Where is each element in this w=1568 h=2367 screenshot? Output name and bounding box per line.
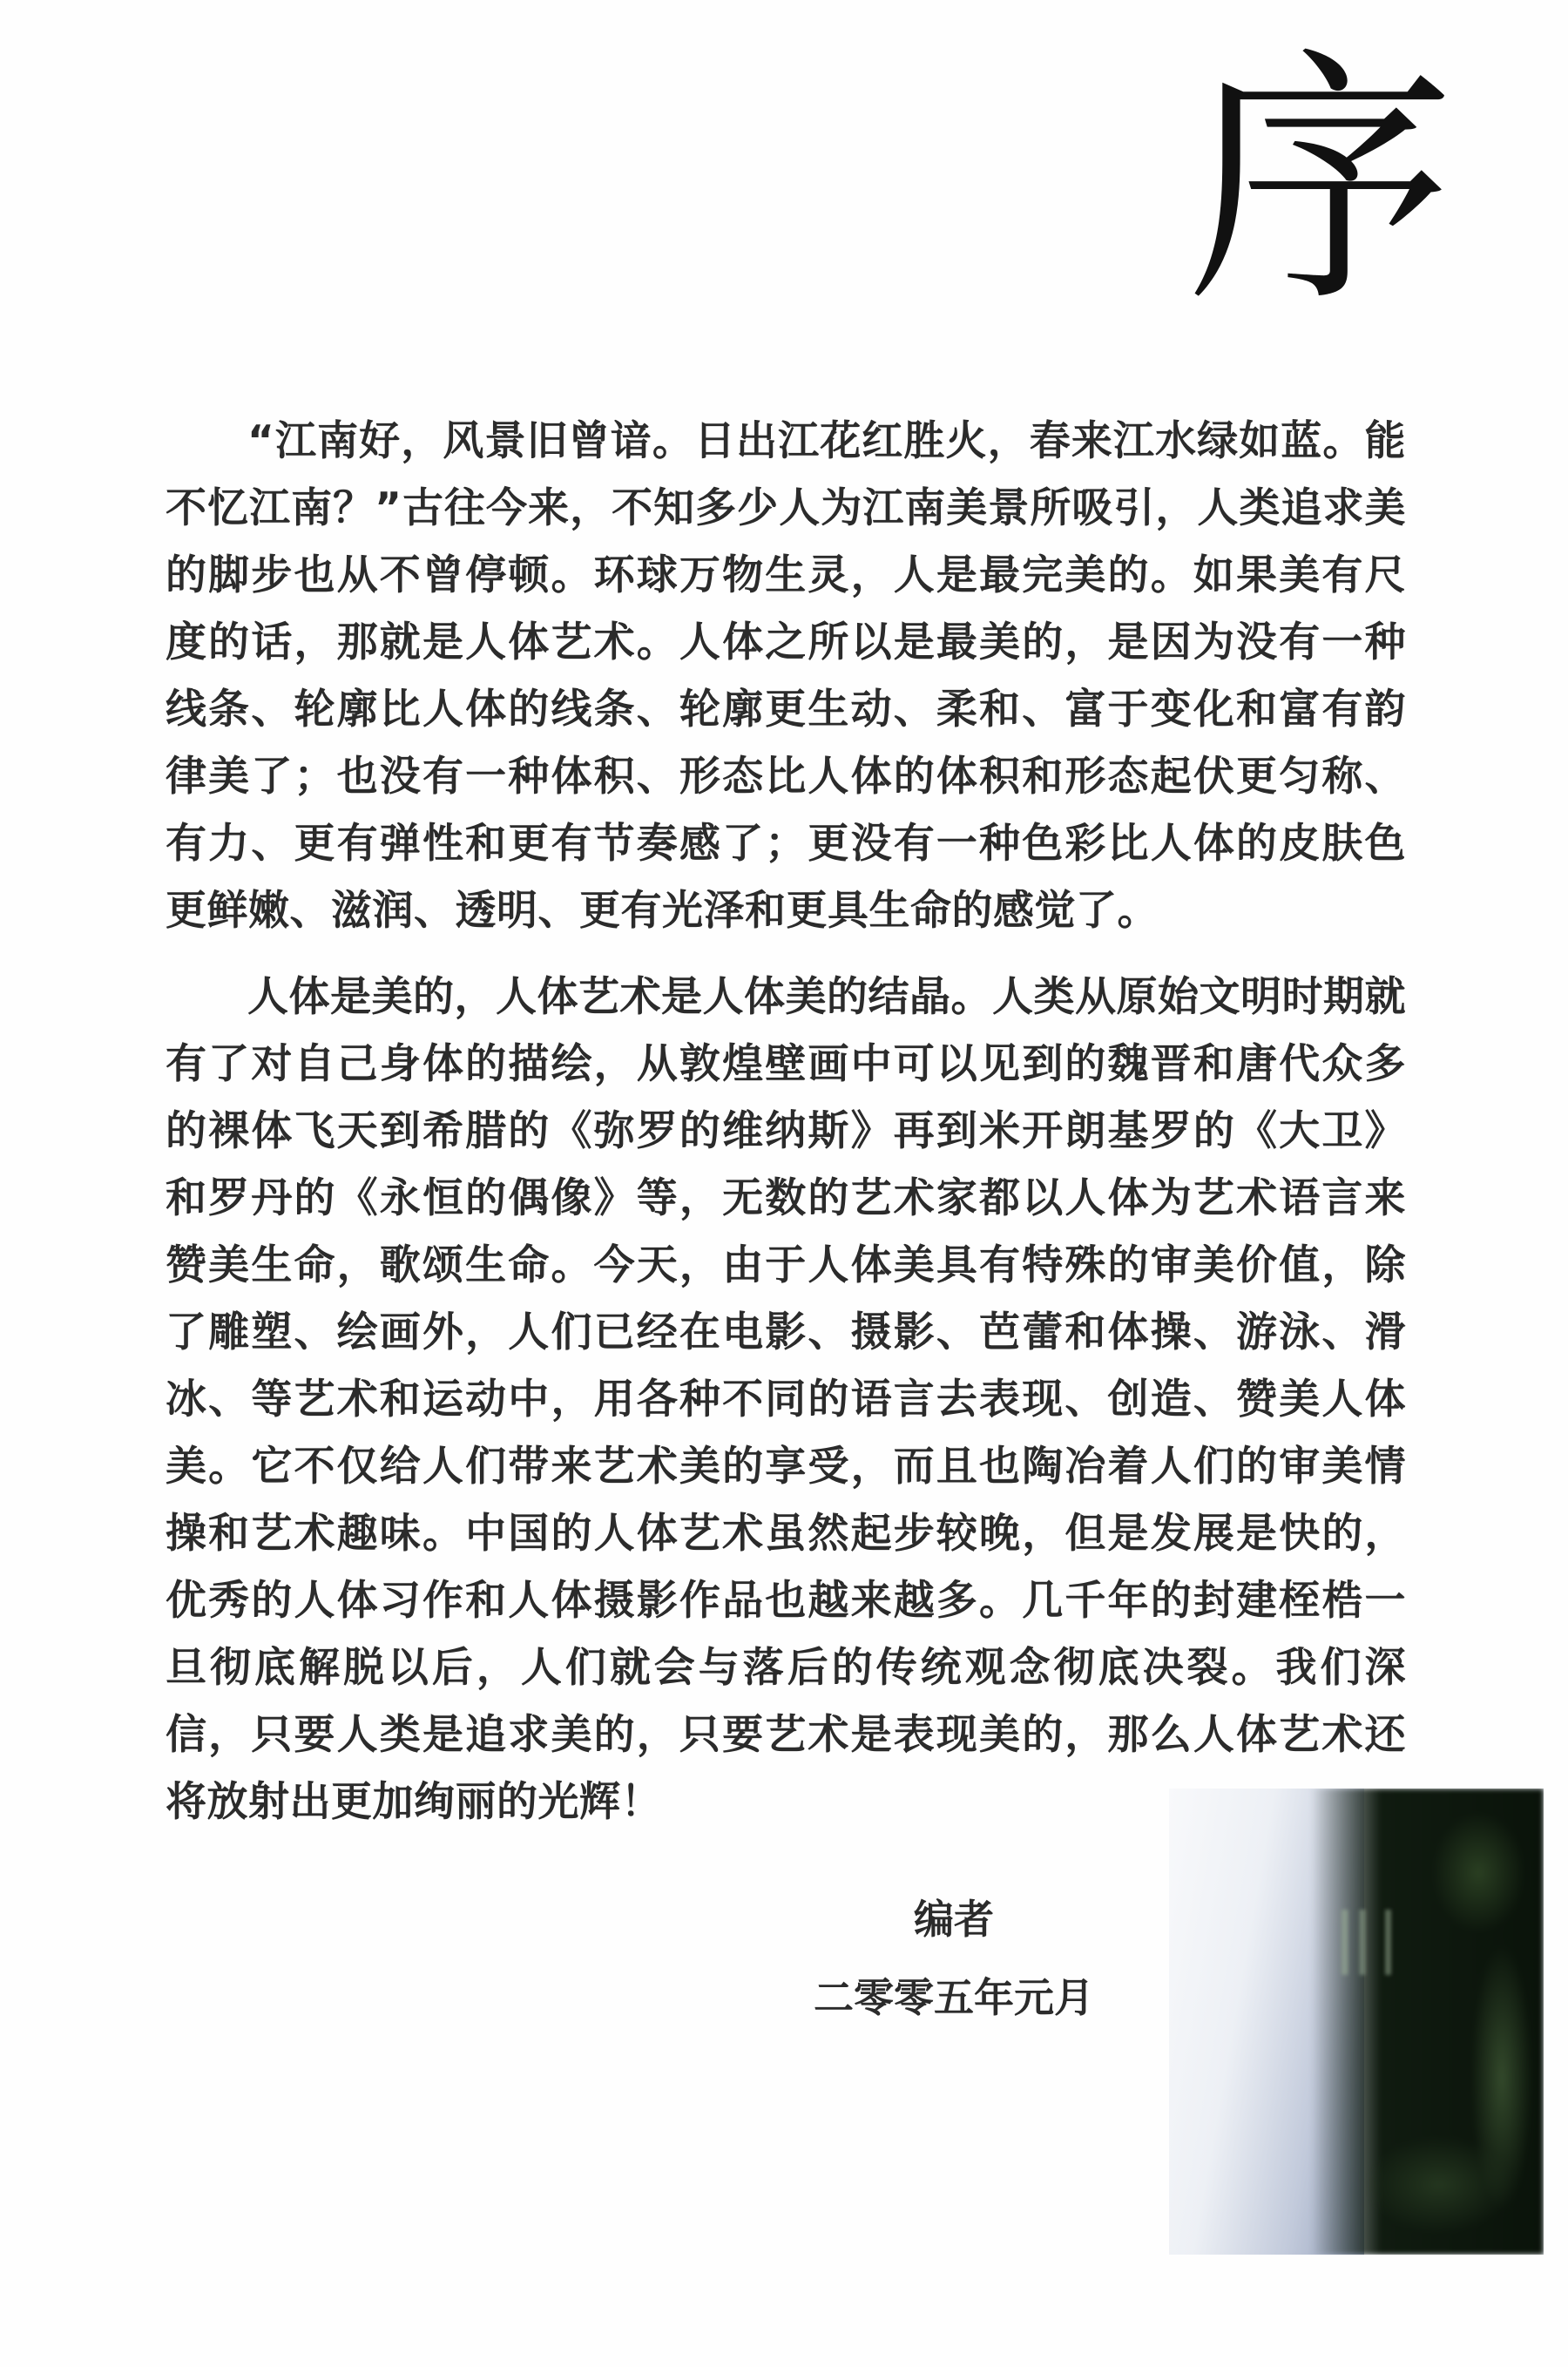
- photo-doorway-region: [1342, 1910, 1416, 1975]
- signature-author: 编者: [749, 1880, 1159, 1958]
- paragraph-2: 人体是美的，人体艺术是人体美的结晶。人类从原始文明时期就有了对自己身体的描绘，从…: [166, 964, 1406, 1836]
- preface-text: “江南好，风景旧曾谙。日出江花红胜火，春来江水绿如蓝。能不忆江南？”古往今来，不…: [166, 408, 1406, 1855]
- signature-block: 编者 二零零五年元月: [749, 1880, 1159, 2037]
- page-title: 序: [1186, 45, 1413, 319]
- inset-photo: [1169, 1789, 1544, 2255]
- book-page: 序 “江南好，风景旧曾谙。日出江花红胜火，春来江水绿如蓝。能不忆江南？”古往今来…: [0, 0, 1568, 2367]
- paragraph-1: “江南好，风景旧曾谙。日出江花红胜火，春来江水绿如蓝。能不忆江南？”古往今来，不…: [166, 408, 1406, 944]
- signature-date: 二零零五年元月: [749, 1958, 1159, 2037]
- photo-foliage-region: [1311, 1789, 1544, 2255]
